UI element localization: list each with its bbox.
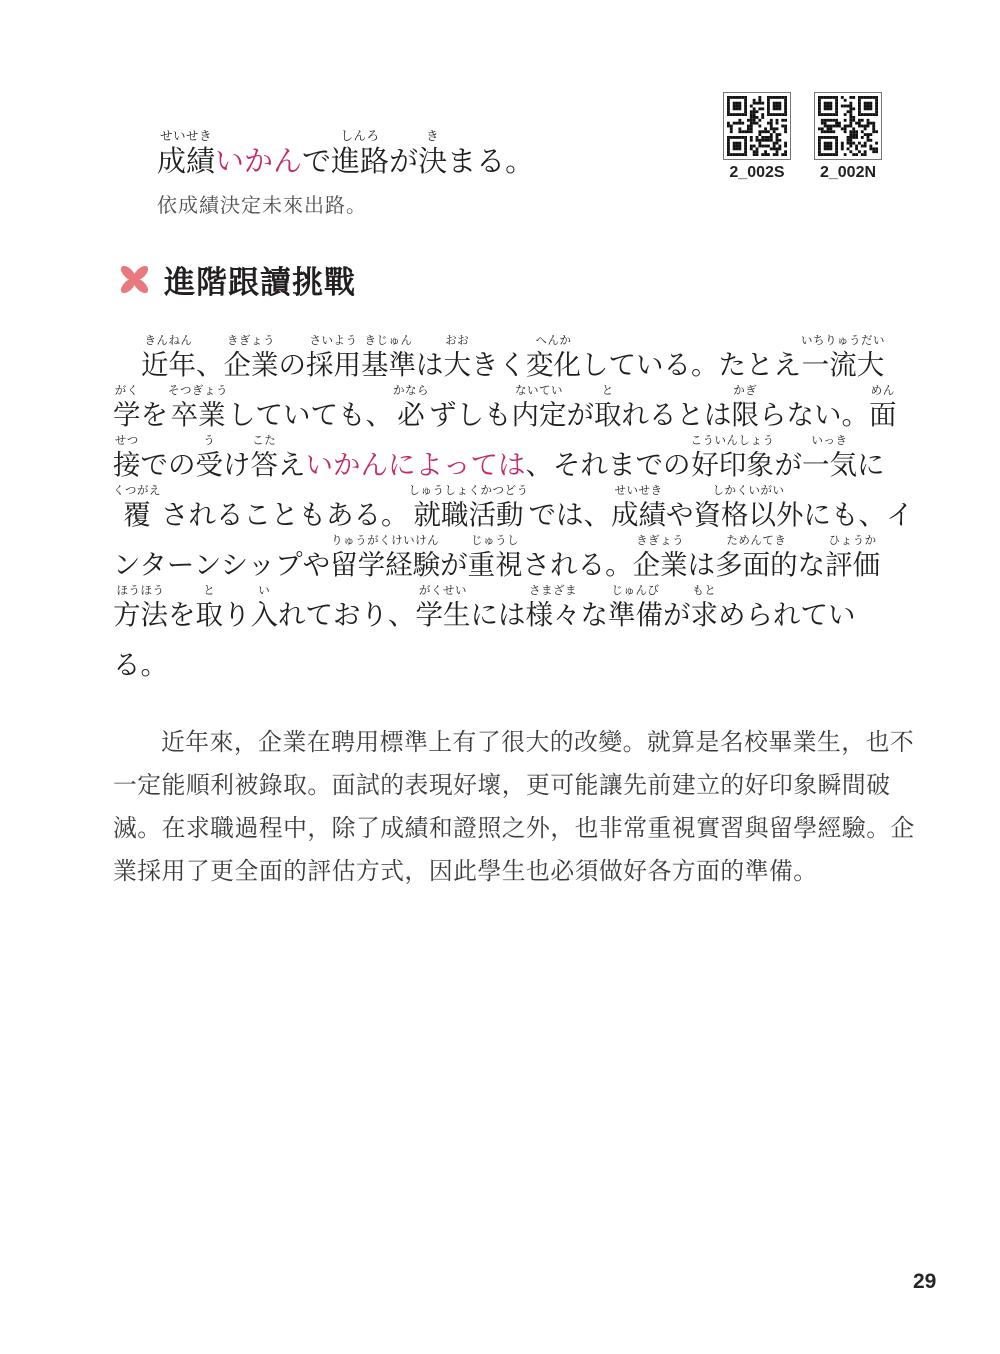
example-sentence: せいせき成績いかんでしんろ進路がき決まる。 <box>157 128 534 180</box>
ruby-segment: きじゅん基準 <box>361 334 416 382</box>
ruby-segment: い入 <box>251 584 279 632</box>
qr-code-label: 2_002N <box>813 164 883 182</box>
passage-line: きんねん近年、きぎょう企業のさいよう採用きじゅん基準はおお大きくへんか変化してい… <box>113 334 903 384</box>
ruby-segment: へんか変化 <box>526 334 581 382</box>
text-segment: まる。 <box>447 128 534 180</box>
ruby-segment: がくせい学生 <box>416 584 471 632</box>
passage-line: がく学をそつぎょう卒業していても、かなら必ずしもないてい内定がと取れるとはかぎ限… <box>113 384 903 434</box>
page-number: 29 <box>913 1270 936 1294</box>
ruby-segment: そつぎょう卒業 <box>168 384 228 432</box>
text-segment: え <box>278 434 306 482</box>
text-segment: が <box>440 534 468 582</box>
ruby-segment: かぎ限 <box>732 384 760 432</box>
text-segment: らない。 <box>759 384 869 432</box>
text-segment: いかんによっては <box>306 434 526 482</box>
text-segment: る。 <box>113 634 168 682</box>
passage-line: ンターンシップやりゅうがくけいけん留学経験がじゅうし重視される。きぎょう企業はた… <box>113 534 903 584</box>
ruby-segment: がく学 <box>113 384 141 432</box>
text-segment: で <box>302 128 331 180</box>
text-segment: が <box>663 584 691 632</box>
ruby-segment: いちりゅうだい一流大 <box>801 334 885 382</box>
ruby-segment: きんねん近年 <box>141 334 196 382</box>
text-segment: が <box>389 128 418 180</box>
qr-code-group: 2_002S 2_002N <box>722 92 883 182</box>
text-segment: ずしも <box>429 384 512 432</box>
translation-line: 業採用了更全面的評估方式，因此學生也必須做好各方面的準備。 <box>113 851 903 894</box>
ruby-segment: せいせき成績 <box>611 484 666 532</box>
ruby-segment: き決 <box>418 128 447 180</box>
ruby-segment: こういんしょう好印象 <box>691 434 775 482</box>
passage-line: る。 <box>113 634 903 684</box>
text-segment: いかん <box>215 128 302 180</box>
textbook-page: { "page": {"number": "29"}, "colors": { … <box>0 0 1000 1354</box>
reading-passage: きんねん近年、きぎょう企業のさいよう採用きじゅん基準はおお大きくへんか変化してい… <box>113 334 903 684</box>
passage-line: せつ接でのう受けこた答えいかんによっては、それまでのこういんしょう好印象がいっき… <box>113 434 903 484</box>
translation-line: 一定能順利被錄取。面試的表現好壞，更可能讓先前建立的好印象瞬間破 <box>113 765 903 808</box>
text-segment: では、 <box>529 484 612 532</box>
text-segment: の <box>279 334 307 382</box>
ruby-segment: と取 <box>594 384 622 432</box>
ruby-segment: さいよう採用 <box>306 334 361 382</box>
example-sentence-block: せいせき成績いかんでしんろ進路がき決まる。 依成績決定未來出路。 <box>157 128 534 218</box>
ruby-segment: ひょうか評価 <box>825 534 880 582</box>
text-segment: れており、 <box>278 584 416 632</box>
text-segment: は <box>688 534 716 582</box>
ruby-segment: ないてい内定 <box>512 384 567 432</box>
ruby-segment: せつ接 <box>113 434 141 482</box>
text-segment: な <box>798 534 826 582</box>
ruby-segment: こた答 <box>251 434 279 482</box>
text-segment: にも、イ <box>804 484 914 532</box>
ruby-segment: きぎょう企業 <box>633 534 688 582</box>
ruby-segment: おお大 <box>444 334 472 382</box>
section-title: 進階跟讀挑戰 <box>164 257 356 302</box>
qr-code-slow: 2_002S <box>722 92 792 182</box>
text-segment: での <box>141 434 196 482</box>
text-segment: 、それまでの <box>526 434 691 482</box>
ruby-segment: と取 <box>196 584 224 632</box>
qr-code-normal: 2_002N <box>813 92 883 182</box>
text-segment: な <box>581 584 609 632</box>
text-segment: 、 <box>196 334 224 382</box>
ruby-segment: じゅんび準備 <box>608 584 663 632</box>
ruby-segment: せいせき成績 <box>157 128 215 180</box>
chinese-translation-paragraph: 近年來，企業在聘用標準上有了很大的改變。就算是名校畢業生，也不一定能順利被錄取。… <box>113 722 903 894</box>
ruby-segment: ほうほう方法 <box>113 584 168 632</box>
text-segment: り <box>223 584 251 632</box>
text-segment: を <box>168 584 196 632</box>
text-segment: していても、 <box>228 384 393 432</box>
four-petal-diamond-icon <box>116 261 153 298</box>
translation-line: 滅。在求職過程中，除了成績和證照之外，也非常重視實習與留學經驗。企 <box>113 808 903 851</box>
text-segment: されることもある。 <box>161 484 409 532</box>
qr-code-label: 2_002S <box>722 164 792 182</box>
ruby-segment: ためんてき多面的 <box>715 534 798 582</box>
text-segment: に <box>857 434 885 482</box>
ruby-segment: しかくいがい資格以外 <box>694 484 804 532</box>
passage-line: くつがえ覆されることもある。しゅうしょくかつどう就職活動では、せいせき成績やしか… <box>113 484 903 534</box>
ruby-segment: くつがえ覆 <box>113 484 161 532</box>
text-segment: け <box>223 434 251 482</box>
text-segment: きく <box>471 334 526 382</box>
text-segment: している。たとえ <box>581 334 801 382</box>
ruby-segment: しゅうしょくかつどう就職活動 <box>409 484 529 532</box>
text-segment: が <box>567 384 595 432</box>
text-segment: は <box>416 334 444 382</box>
translation-line: 近年來，企業在聘用標準上有了很大的改變。就算是名校畢業生，也不 <box>113 722 903 765</box>
qr-code-icon <box>723 92 791 160</box>
text-segment: ンターンシップや <box>113 534 330 582</box>
section-header: 進階跟讀挑戰 <box>116 257 356 302</box>
ruby-segment: きぎょう企業 <box>224 334 279 382</box>
text-segment: や <box>666 484 694 532</box>
text-segment: を <box>141 384 169 432</box>
ruby-segment: う受 <box>196 434 224 482</box>
example-translation: 依成績決定未來出路。 <box>157 189 534 218</box>
passage-line: ほうほう方法をと取りい入れており、がくせい学生にはさまざま様々なじゅんび準備がも… <box>113 584 903 634</box>
ruby-segment: じゅうし重視 <box>468 534 523 582</box>
ruby-segment: かなら必 <box>393 384 429 432</box>
qr-code-icon <box>814 92 882 160</box>
text-segment: には <box>471 584 526 632</box>
ruby-segment: さまざま様々 <box>526 584 581 632</box>
text-segment: される。 <box>523 534 633 582</box>
text-segment: が <box>775 434 803 482</box>
ruby-segment: しんろ進路 <box>331 128 389 180</box>
ruby-segment: めん面 <box>869 384 897 432</box>
ruby-segment: りゅうがくけいけん留学経験 <box>330 534 440 582</box>
ruby-segment: もと求 <box>691 584 719 632</box>
text-segment: れるとは <box>622 384 732 432</box>
ruby-segment: いっき一気 <box>802 434 857 482</box>
text-segment: められてい <box>718 584 856 632</box>
